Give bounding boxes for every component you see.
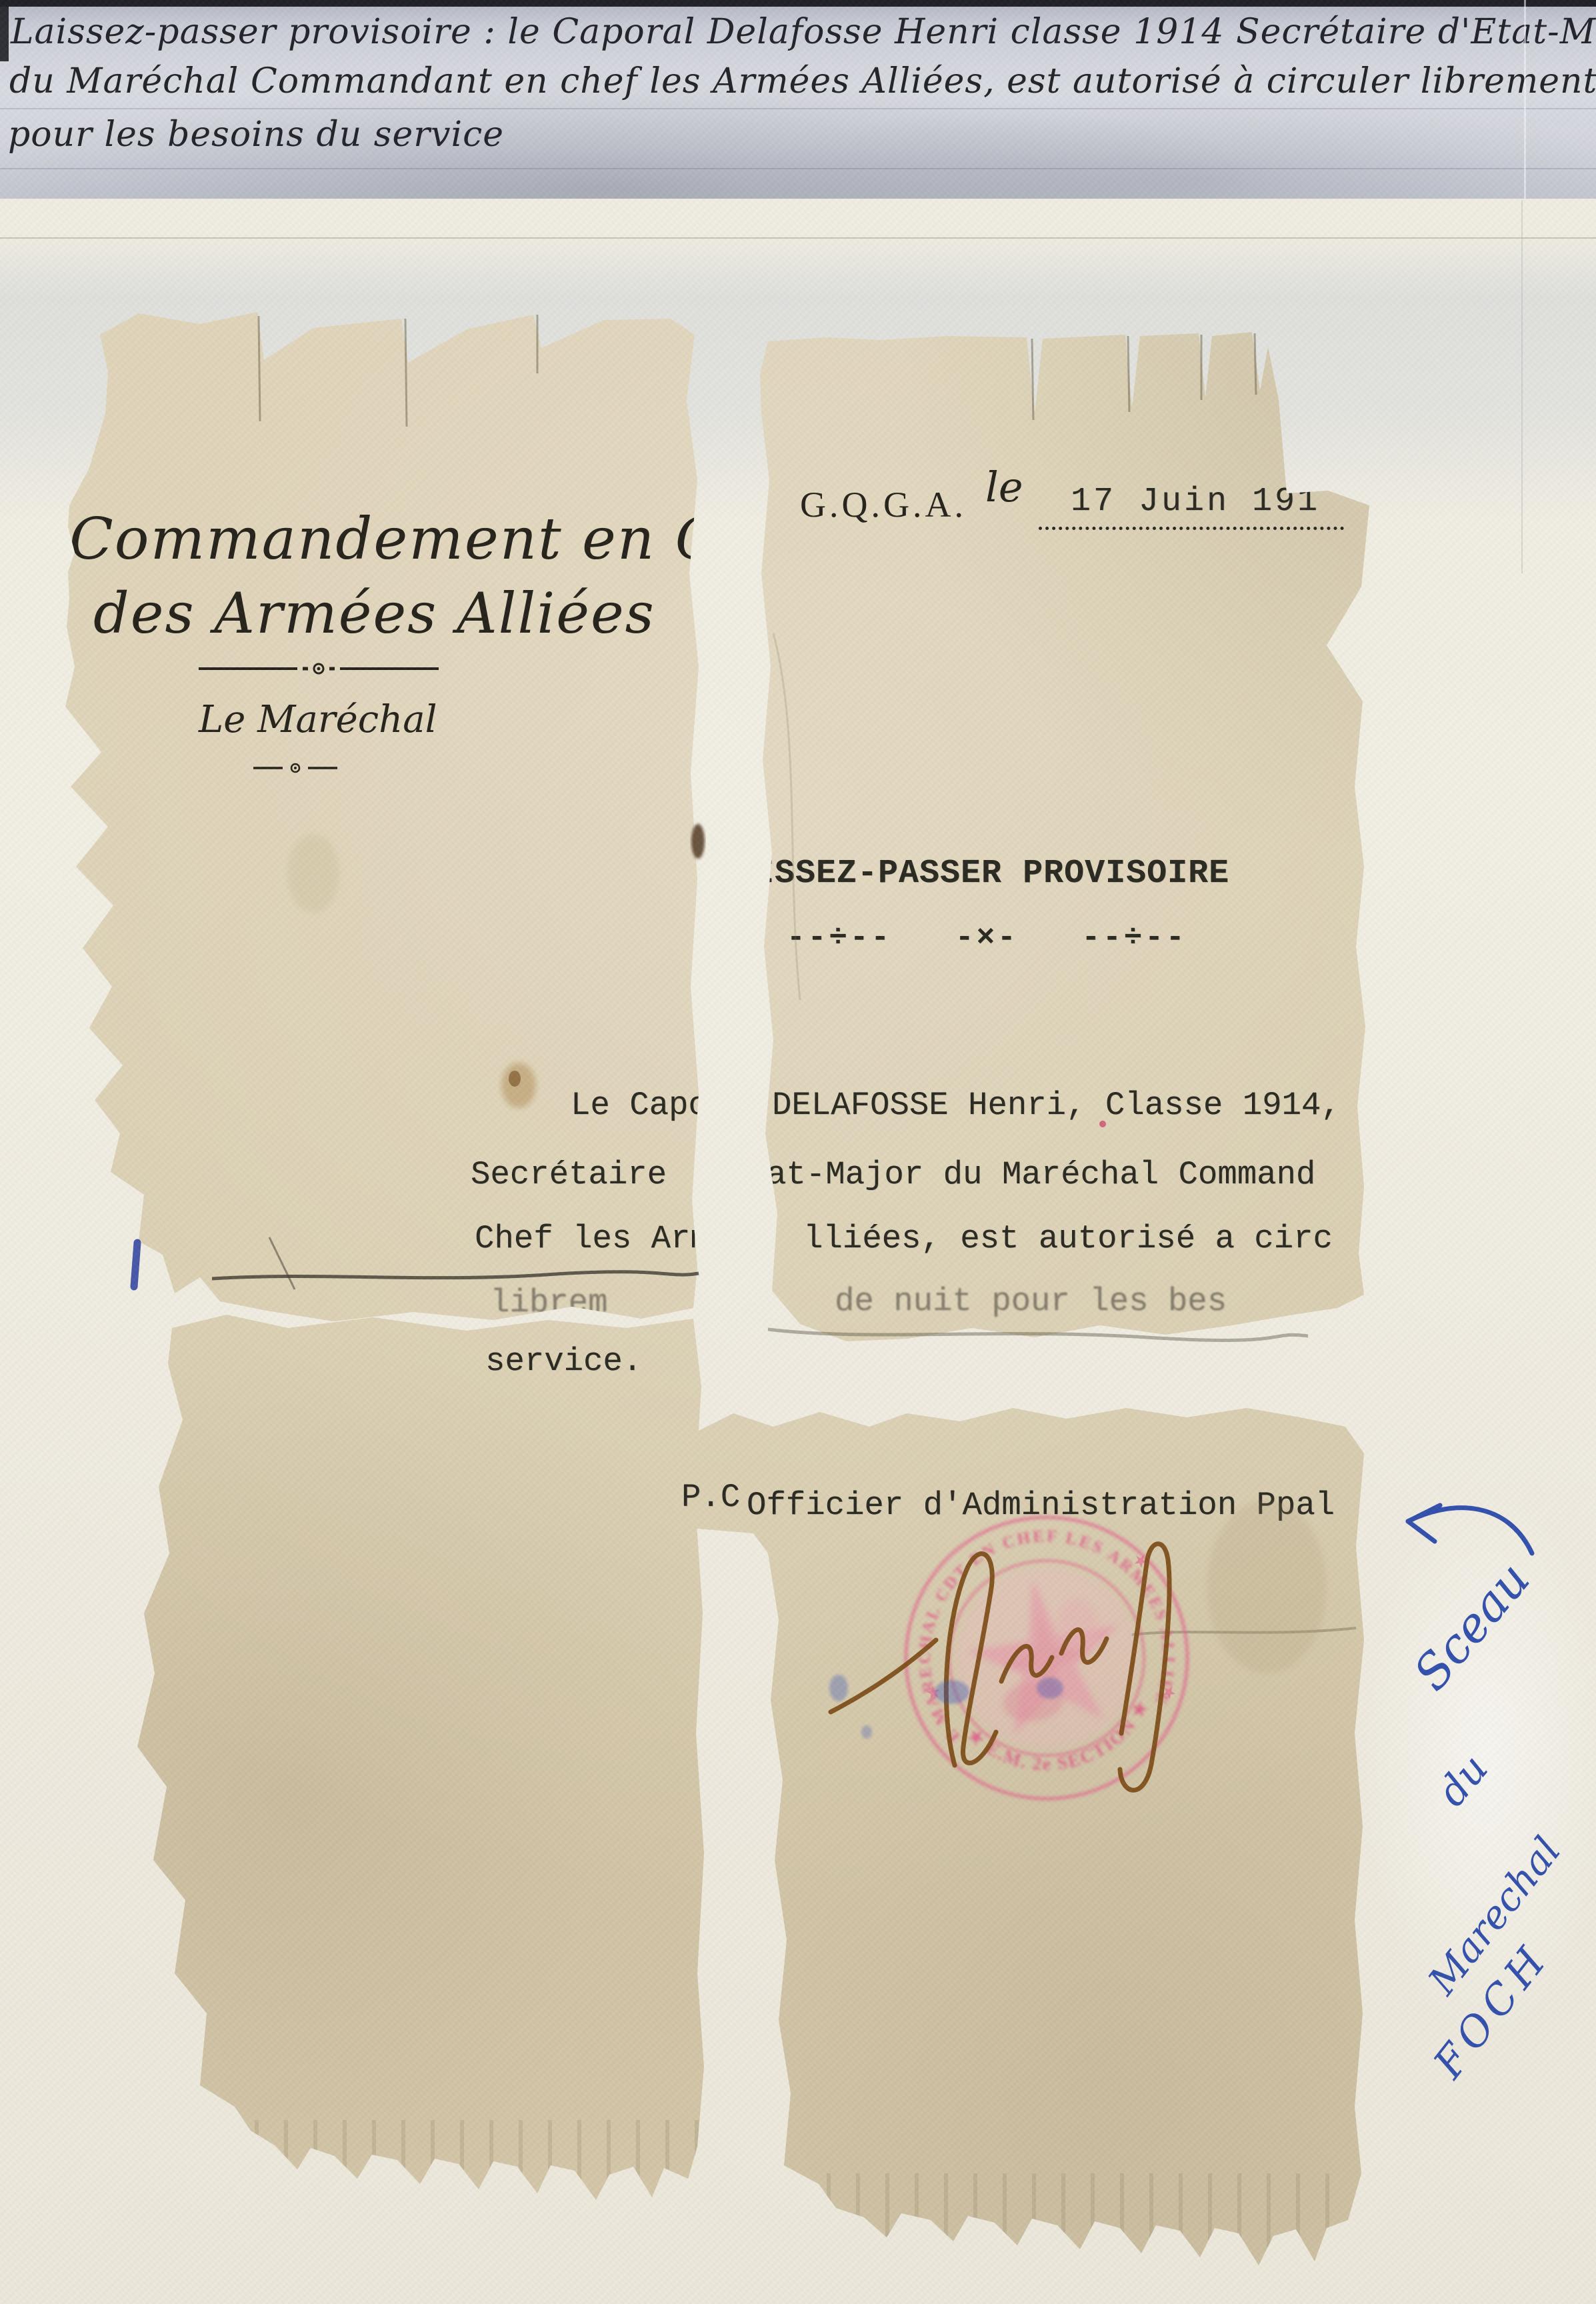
scan-seam-artifact xyxy=(1524,0,1526,199)
letterhead-line-1: Commandement en Chef xyxy=(69,511,619,568)
blue-pen-tick xyxy=(134,1243,137,1287)
signoff-role: Officier d'Administration Ppal xyxy=(747,1489,1335,1522)
annotation-arrow-icon xyxy=(1408,1505,1532,1553)
dateline-org: G.Q.G.A. xyxy=(800,487,967,523)
body-line5: service. xyxy=(485,1345,642,1378)
blue-note-word-sceau: Sceau xyxy=(1406,1550,1541,1698)
annotation-line-1: Laissez-passer provisoire : le Caporal D… xyxy=(11,15,1596,49)
torn-fringe xyxy=(827,2173,1353,2247)
ruled-line xyxy=(0,168,1596,169)
dateline-date: 17 Juin 191 xyxy=(1071,485,1320,519)
scan-edge-artifact xyxy=(0,7,9,61)
body-line1-right: DELAFOSSE Henri, Classe 1914, xyxy=(772,1089,1341,1122)
blue-note-word-du: du xyxy=(1431,1731,1509,1813)
divider-ornament xyxy=(199,661,439,676)
annotation-line-3: pour les besoins du service xyxy=(8,117,504,152)
body-line2-right: at-Major du Maréchal Command xyxy=(767,1159,1315,1191)
backing-sheet-seam xyxy=(0,237,1596,239)
body-line3-right: lliées, est autorisé a circ xyxy=(803,1223,1333,1255)
body-line1-left: Le Capo xyxy=(571,1089,708,1122)
title-ornament-row: --÷-- -×- --÷-- xyxy=(787,923,1173,953)
signoff-prefix: P.C xyxy=(681,1481,740,1514)
backing-sheet-seam xyxy=(1521,200,1523,573)
body-line3-left: Chef les Arm xyxy=(475,1223,710,1255)
annotation-line-2: du Maréchal Commandant en chef les Armée… xyxy=(9,64,1596,99)
body-line2-left: Secrétaire xyxy=(471,1159,667,1191)
scan-edge-artifact xyxy=(0,0,1596,7)
divider-ornament-small xyxy=(253,761,337,775)
scanned-document-page: Laissez-passer provisoire : le Caporal D… xyxy=(0,0,1596,2304)
document-title: AISSEZ-PASSER PROVISOIRE xyxy=(733,857,1229,891)
letterhead-line-2: des Armées Alliées xyxy=(93,585,593,641)
annotation-strip: Laissez-passer provisoire : le Caporal D… xyxy=(0,0,1596,199)
letterhead-subtitle: Le Maréchal xyxy=(199,701,392,739)
body-line4-left: librem xyxy=(490,1287,607,1319)
body-line4-right: de nuit pour les bes xyxy=(835,1285,1227,1318)
dateline-le: le xyxy=(985,467,1023,508)
ruled-line xyxy=(0,108,1596,109)
torn-fringe xyxy=(167,2120,700,2193)
